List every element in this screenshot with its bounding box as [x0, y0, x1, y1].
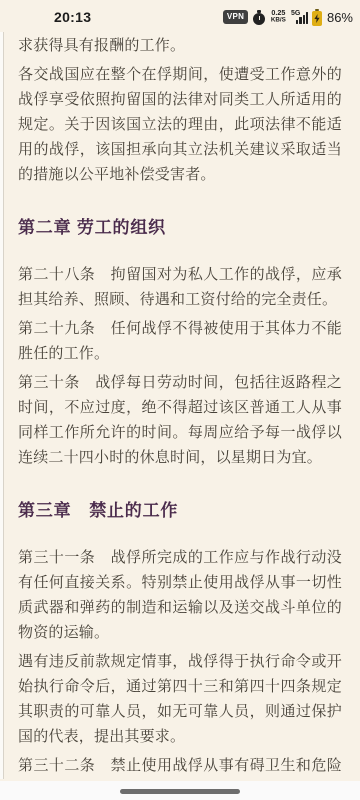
paragraph: 各交战国应在整个在俘期间，使遭受工作意外的战俘享受依照拘留国的法律对同类工人所适… [18, 63, 342, 188]
page-stack-edge [0, 32, 4, 779]
chapter-heading: 第二章 劳工的组织 [18, 215, 342, 240]
battery-percent-label: 86% [327, 10, 353, 25]
battery-charging-icon [312, 9, 322, 26]
network-speed-indicator: 0.25 KB/S [271, 10, 286, 24]
clock: 20:13 [54, 9, 91, 25]
status-bar: 20:13 VPN 0.25 KB/S 5G 86% [0, 0, 360, 32]
cellular-signal-icon: 5G [291, 10, 308, 25]
paragraph: 遇有违反前款规定情事，战俘得于执行命令或开始执行命令后，通过第四十三和第四十四条… [18, 650, 342, 750]
gesture-nav-strip [0, 781, 360, 800]
paragraph: 第三十条 战俘每日劳动时间，包括往返路程之时间，不应过度，绝不得超过该区普通工人… [18, 371, 342, 471]
vpn-badge-icon: VPN [223, 10, 248, 24]
status-indicators: VPN 0.25 KB/S 5G 86% [223, 9, 353, 26]
ebook-reader-screen: 20:13 VPN 0.25 KB/S 5G 86% [0, 0, 360, 800]
network-speed-unit: KB/S [271, 17, 286, 24]
paragraph: 求获得具有报酬的工作。 [18, 34, 342, 59]
chapter-heading: 第三章 禁止的工作 [18, 498, 342, 523]
home-indicator-handle[interactable] [120, 789, 240, 794]
lightning-bolt-icon [314, 14, 320, 23]
signal-bars-icon [296, 12, 308, 24]
reader-page-tap-zone[interactable]: 求获得具有报酬的工作。 各交战国应在整个在俘期间，使遭受工作意外的战俘享受依照拘… [5, 32, 360, 781]
paragraph: 第二十八条 拘留国对为私人工作的战俘，应承担其给养、照顾、待遇和工资付给的完全责… [18, 263, 342, 313]
network-speed-value: 0.25 [272, 10, 286, 17]
paragraph: 第三十一条 战俘所完成的工作应与作战行动没有任何直接关系。特别禁止使用战俘从事一… [18, 546, 342, 646]
paragraph: 第二十九条 任何战俘不得被使用于其体力不能胜任的工作。 [18, 317, 342, 367]
paragraph: 第三十二条 禁止使用战俘从事有碍卫生和危险的 [18, 754, 342, 781]
stopwatch-icon [252, 10, 266, 25]
